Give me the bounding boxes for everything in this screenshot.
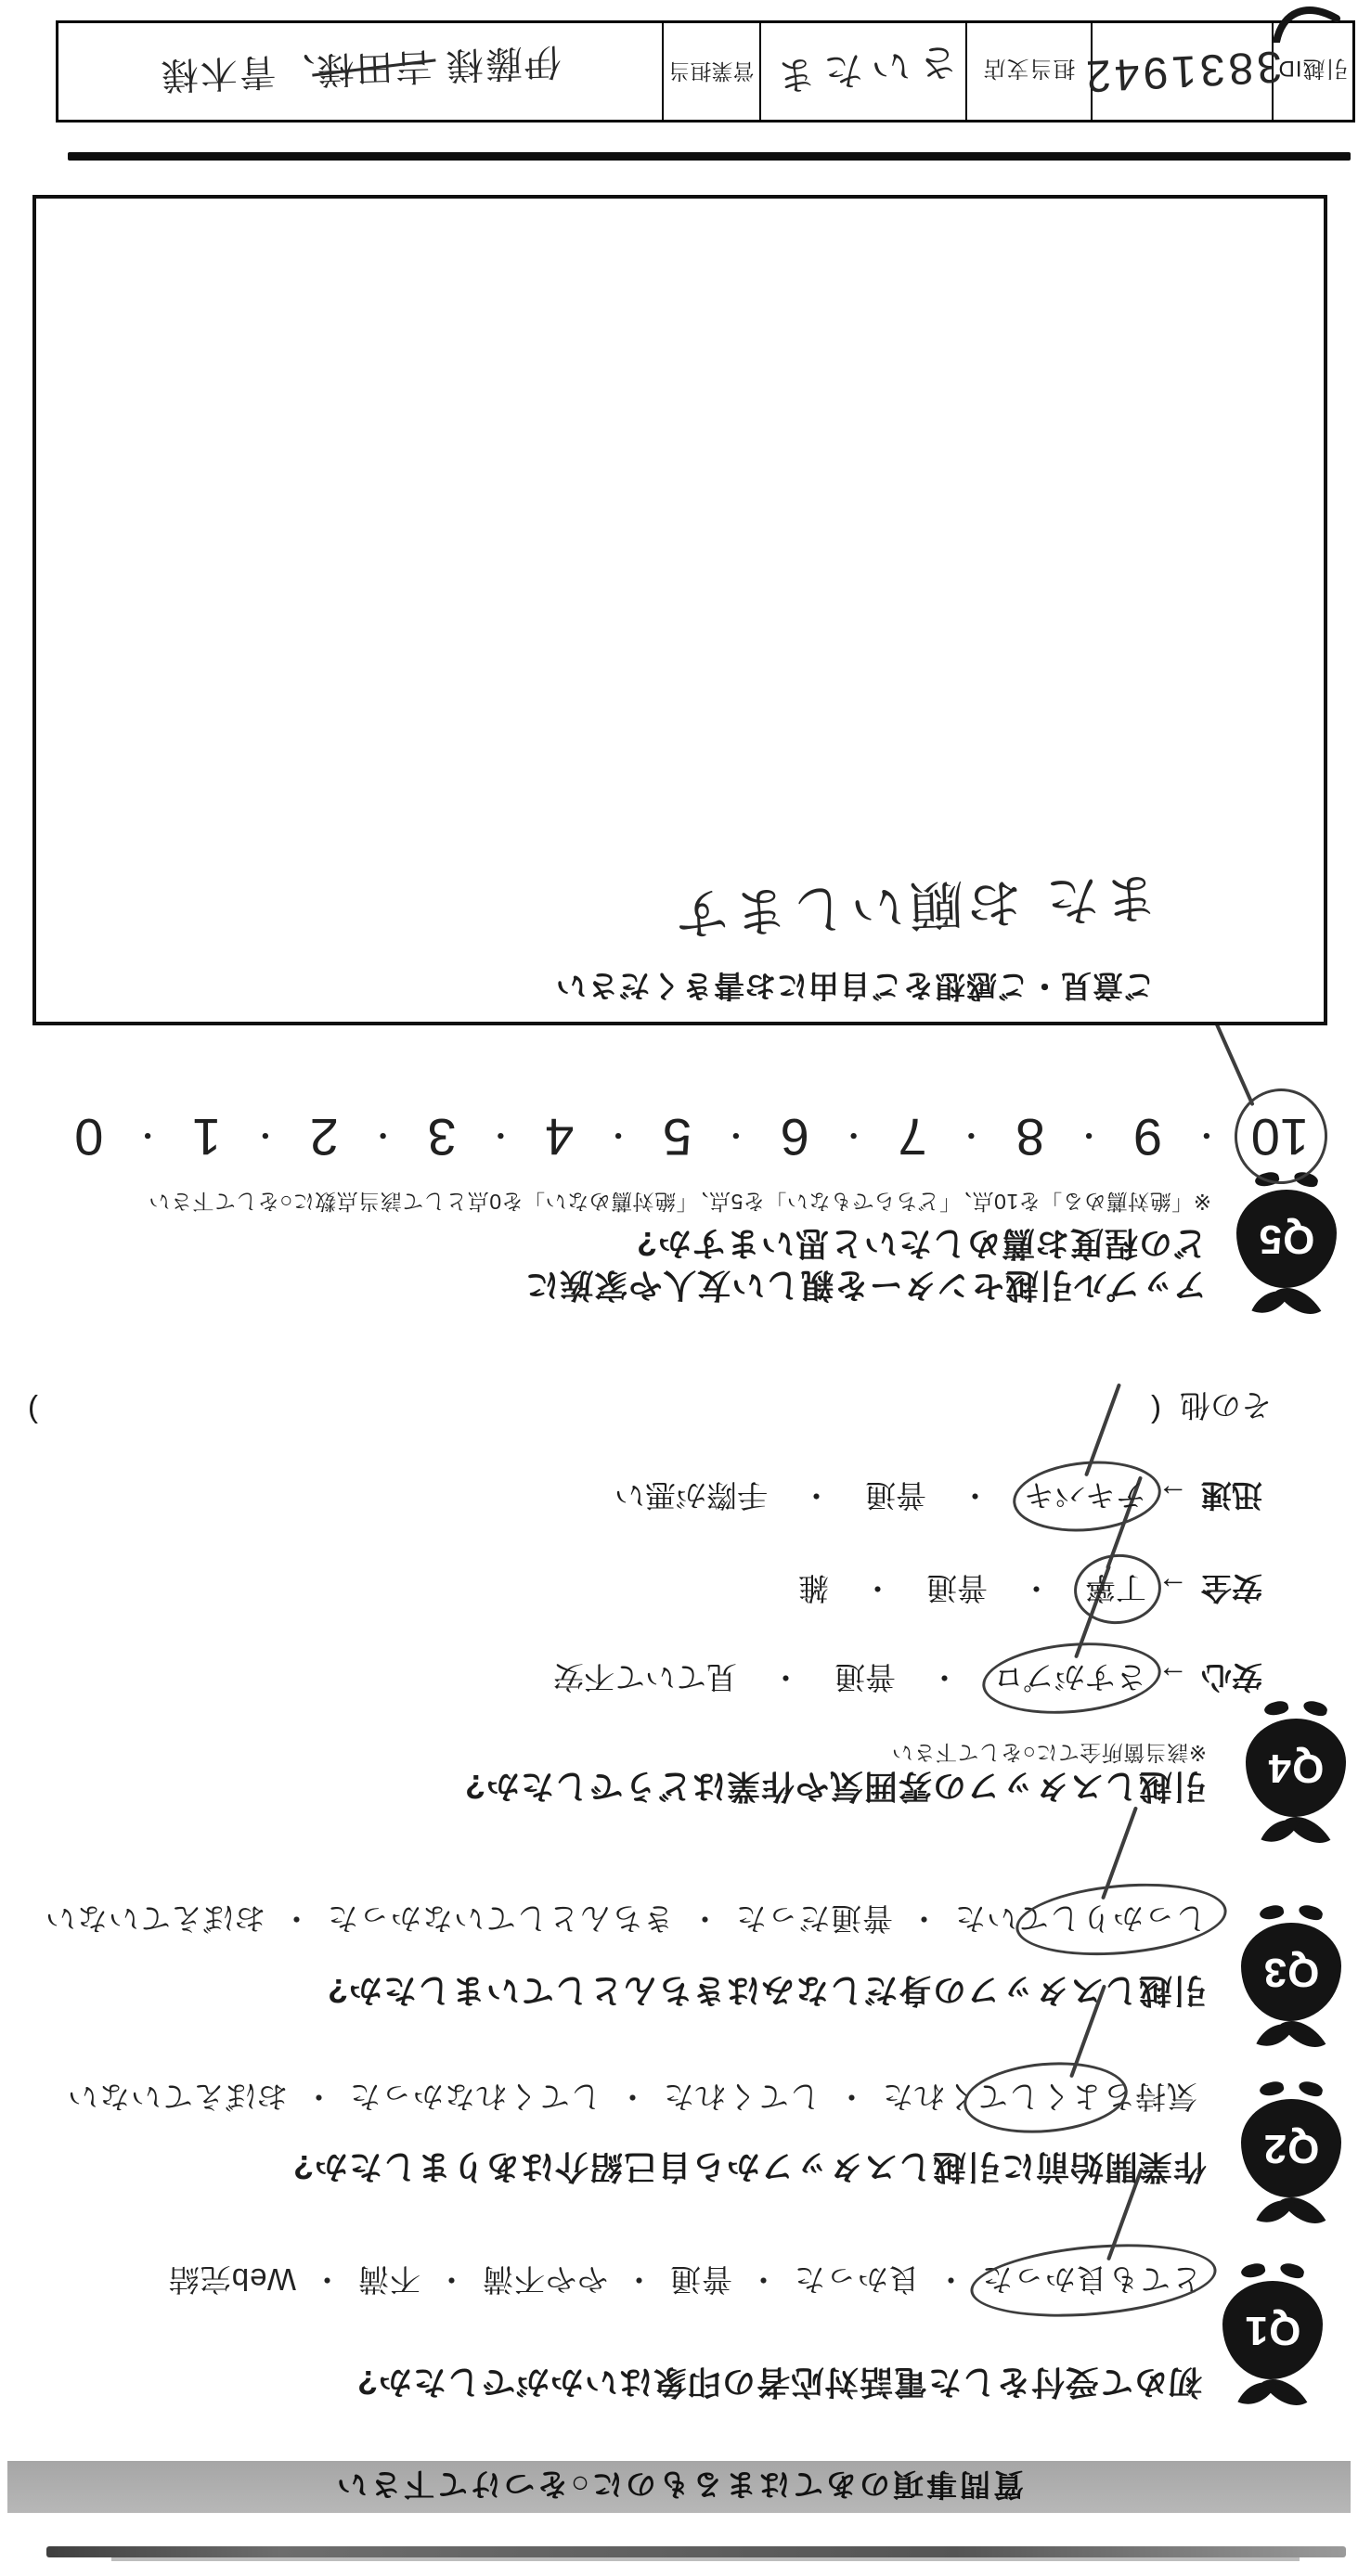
separator-dot: ・	[616, 2080, 648, 2114]
branch-label: 担当支店	[967, 23, 1093, 120]
q1-option: やや不満	[482, 2260, 608, 2303]
separator-dot: ・	[935, 2262, 966, 2297]
q3-question: 引越しスタッフの身だしなみはきちんとしていましたか?	[327, 1969, 1207, 2016]
q4-note: ※該当箇所全てに○をして下さい	[891, 1739, 1207, 1770]
survey-document: 質問事項のあてはまるものに○をつけて下さい Q1 初めて受付をした電話対応者の印…	[0, 0, 1358, 2576]
q4-row-jinsoku: 迅速→テキパキ・普通・手際が悪い	[614, 1475, 1262, 1519]
separator-dot: ・	[311, 2262, 343, 2297]
q5-question-line1: アップル引越センターを親しい友人や家族に	[524, 1265, 1207, 1307]
separator-dot: ・	[1021, 1571, 1052, 1605]
q5-score-10-circled: 10	[1251, 1107, 1309, 1167]
q5-mascot-badge: Q5	[1233, 1169, 1337, 1321]
scan-edge-shadow	[46, 2546, 1346, 2557]
scan-edge-shadow-light	[111, 2557, 1300, 2561]
divider-rule	[68, 152, 1351, 161]
q4-other-label: その他	[1180, 1385, 1272, 1429]
close-paren: )	[28, 1385, 38, 1429]
q4-row1-option: 普通	[834, 1657, 896, 1701]
q5-question: アップル引越センターを親しい友人や家族に どの程度お薦めしたいと思いますか?	[524, 1223, 1207, 1307]
arrow-right-icon: →	[1158, 1478, 1188, 1513]
separator-dot: ・	[770, 1660, 801, 1694]
arrow-right-icon: →	[1158, 1660, 1188, 1694]
q3-badge-label: Q3	[1241, 1923, 1341, 2021]
separator-dot: ・	[801, 1478, 832, 1513]
comment-box: ご意見・ご感想をご自由にお書きください また お願いします	[32, 195, 1327, 1025]
separator-dot: ・	[747, 2262, 779, 2297]
q1-option: Web完結	[168, 2260, 296, 2303]
q5-note: ※「絶対薦める」を10点、「どちらでもない」を5点、「絶対薦めない」を0点として…	[149, 1188, 1211, 1218]
q5-question-line2: どの程度お薦めしたいと思いますか?	[524, 1223, 1207, 1265]
separator-dot: ・	[689, 1901, 720, 1936]
q4-row-anshin: 安心→さすがプロ・普通・見ていて不安	[553, 1657, 1262, 1701]
q5-score: 4	[545, 1107, 574, 1167]
moving-id-value: 3831942	[1093, 23, 1274, 120]
separator-dot: ・	[623, 2262, 654, 2297]
q1-option: 良かった	[794, 2260, 920, 2303]
q5-score: 2	[310, 1107, 339, 1167]
separator-dot: ・	[838, 1114, 870, 1160]
footer-table: 引越ID 3831942 担当支店 さいたま 営業担当 伊藤様 吉田様、青木様	[56, 20, 1355, 122]
scanned-survey-sheet: { "instruction_bar": { "text": "質問事項のあては…	[0, 0, 1358, 2576]
separator-dot: ・	[280, 1901, 312, 1936]
pen-scribble-artifact	[1270, 0, 1342, 43]
handwritten-staff-names: 伊藤様 吉田様、青木様	[159, 38, 563, 105]
badge-foot	[1259, 1903, 1286, 1922]
badge-foot	[1298, 2080, 1325, 2098]
q3-options: しっかりしていた・普通だった・きちんとしていなかった・おぼえていない	[45, 1899, 1207, 1942]
q1-option-circled: とても良かった	[981, 2260, 1202, 2303]
sales-staff-value: 伊藤様 吉田様、青木様	[58, 23, 664, 120]
separator-dot: ・	[368, 1114, 399, 1160]
q2-options: 気持ちよくしてくれた・してくれた・してくれなかった・おぼえていない	[67, 2077, 1197, 2120]
q1-mascot-badge: Q1	[1219, 2260, 1323, 2413]
q5-score-scale: 10・9・8・7・6・5・4・3・2・1・0	[74, 1107, 1309, 1167]
q2-option: してくれた	[663, 2077, 821, 2120]
badge-foot	[1298, 1903, 1325, 1922]
q2-mascot-badge: Q2	[1237, 2079, 1341, 2231]
q3-option-circled: しっかりしていた	[954, 1899, 1207, 1942]
badge-foot	[1279, 2261, 1306, 2280]
separator-dot: ・	[862, 1571, 893, 1605]
q5-score: 3	[427, 1107, 456, 1167]
badge-foot	[1240, 2261, 1267, 2280]
struck-name: 吉田様	[314, 43, 433, 99]
q4-question: 引越しスタッフの雰囲気や作業はどうでしたか?	[464, 1765, 1207, 1812]
badge-foot	[1259, 2080, 1286, 2098]
separator-dot: ・	[955, 1114, 987, 1160]
instruction-bar: 質問事項のあてはまるものに○をつけて下さい	[7, 2461, 1351, 2513]
q5-score: 1	[192, 1107, 221, 1167]
separator-dot: ・	[485, 1114, 516, 1160]
q5-score: 5	[663, 1107, 692, 1167]
q5-badge-label: Q5	[1236, 1190, 1337, 1288]
q2-option: おぼえていない	[67, 2077, 288, 2120]
q4-row-label: 安全	[1201, 1571, 1262, 1605]
q5-score: 9	[1133, 1107, 1162, 1167]
separator-dot: ・	[720, 1114, 752, 1160]
q3-option: 普通だった	[735, 1899, 893, 1942]
q1-badge-label: Q1	[1222, 2281, 1323, 2379]
separator-dot: ・	[132, 1114, 163, 1160]
separator-dot: ・	[929, 1660, 960, 1694]
q3-option: おぼえていない	[45, 1899, 265, 1942]
instruction-bar-text: 質問事項のあてはまるものに○をつけて下さい	[334, 2466, 1024, 2509]
q4-row-label: 安心	[1201, 1660, 1262, 1694]
q2-question: 作業開始前に引越しスタッフから自己紹介はありましたか?	[292, 2145, 1207, 2193]
separator-dot: ・	[835, 2080, 867, 2114]
q4-mascot-badge: Q4	[1242, 1698, 1346, 1850]
badge-foot	[1302, 1699, 1329, 1718]
q4-row1-option-circled: さすがプロ	[993, 1657, 1146, 1701]
q2-option-circled: 気持ちよくしてくれた	[882, 2077, 1197, 2120]
handwritten-comment: また お願いします	[670, 863, 1160, 958]
q5-score: 7	[898, 1107, 926, 1167]
q5-score: 0	[74, 1107, 103, 1167]
q4-row2-option: 雑	[798, 1568, 829, 1612]
q3-mascot-badge: Q3	[1237, 1902, 1341, 2054]
q4-row3-option: 手際が悪い	[614, 1475, 768, 1519]
q1-option: 普通	[669, 2260, 732, 2303]
q4-row2-option-circled: 丁寧	[1085, 1568, 1146, 1612]
separator-dot: ・	[250, 1114, 281, 1160]
q4-row3-option: 普通	[865, 1475, 926, 1519]
q4-row-label: 迅速	[1201, 1478, 1262, 1513]
comment-box-label: ご意見・ご感想をご自由にお書きください	[555, 966, 1155, 1010]
q4-row1-option: 見ていて不安	[553, 1657, 737, 1701]
q1-question: 初めて受付をした電話対応者の印象はいかがでしたか?	[356, 2361, 1202, 2408]
q3-option: きちんとしていなかった	[327, 1899, 674, 1942]
separator-dot: ・	[602, 1114, 634, 1160]
branch-value: さいたま	[761, 23, 967, 120]
q1-options: とても良かった・良かった・普通・やや不満・不満・Web完結	[168, 2260, 1202, 2303]
q4-row3-option-circled: テキパキ	[1024, 1475, 1146, 1519]
separator-dot: ・	[435, 2262, 467, 2297]
q4-badge-label: Q4	[1246, 1719, 1346, 1817]
q4-other-row: その他 ( )	[28, 1385, 1272, 1429]
separator-dot: ・	[1191, 1114, 1222, 1160]
badge-foot	[1263, 1699, 1290, 1718]
q1-option: 不満	[357, 2260, 420, 2303]
separator-dot: ・	[1073, 1114, 1105, 1160]
q2-badge-label: Q2	[1241, 2099, 1341, 2197]
separator-dot: ・	[908, 1901, 939, 1936]
separator-dot: ・	[960, 1478, 990, 1513]
q2-option: してくれなかった	[349, 2077, 601, 2120]
arrow-right-icon: →	[1158, 1571, 1188, 1605]
q4-row-anzen: 安全→丁寧・普通・雑	[798, 1568, 1262, 1612]
separator-dot: ・	[303, 2080, 334, 2114]
q5-score: 8	[1015, 1107, 1044, 1167]
open-paren: (	[1151, 1385, 1161, 1429]
q5-score: 6	[781, 1107, 809, 1167]
q4-row2-option: 普通	[926, 1568, 988, 1612]
sales-staff-label: 営業担当	[664, 23, 761, 120]
